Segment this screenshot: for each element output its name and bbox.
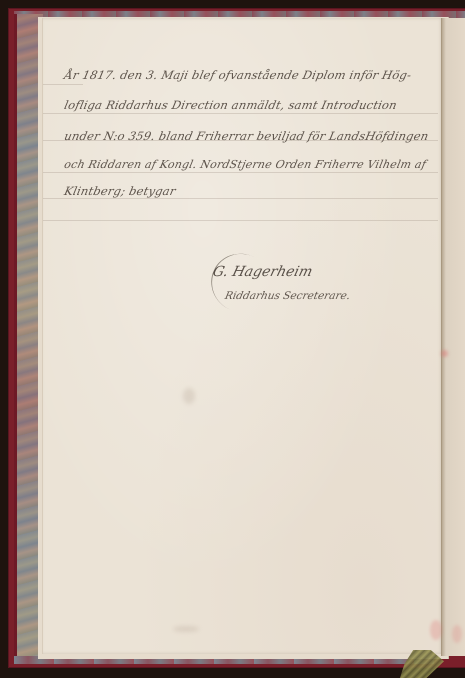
ruled-line <box>43 198 438 199</box>
manuscript-page: År 1817. den 3. Maji blef ofvanstående D… <box>42 18 443 654</box>
paper-smudge <box>173 626 199 632</box>
facing-page-edge <box>442 18 465 656</box>
manuscript-scan: År 1817. den 3. Maji blef ofvanstående D… <box>0 0 465 678</box>
ruled-line <box>43 113 438 114</box>
signature-title: Riddarhus Secreterare. <box>224 290 352 302</box>
ruled-line <box>43 84 83 85</box>
text-line-1: År 1817. den 3. Maji blef ofvanstående D… <box>63 68 413 82</box>
text-line-5: Klintberg; betygar <box>63 184 177 198</box>
signature-name: G. Hagerheim <box>211 264 314 280</box>
paper-smudge <box>183 388 195 404</box>
text-line-4: och Riddaren af Kongl. NordStjerne Orden… <box>63 158 427 171</box>
text-line-2: lofliga Riddarhus Direction anmäldt, sam… <box>63 98 398 112</box>
signature-flourish <box>202 244 282 322</box>
ruled-line <box>43 220 438 221</box>
red-stain <box>430 620 442 640</box>
ruled-line <box>43 172 438 173</box>
red-stain <box>441 350 448 357</box>
text-line-3: under N:o 359. bland Friherrar beviljad … <box>63 129 430 143</box>
red-stain <box>452 625 462 643</box>
